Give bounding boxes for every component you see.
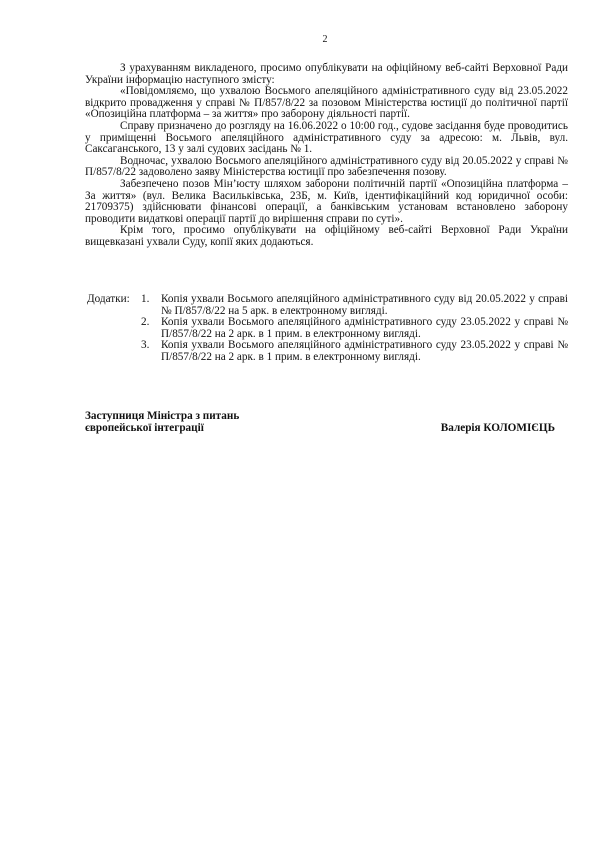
attachment-item: 1. Копія ухвали Восьмого апеляційного ад… (161, 294, 568, 317)
paragraph: «Повідомляємо, що ухвалою Восьмого апеля… (85, 86, 568, 121)
attachment-text: Копія ухвали Восьмого апеляційного адмін… (161, 293, 568, 317)
paragraph: Водночас, ухвалою Восьмого апеляційного … (85, 156, 568, 179)
attachment-number: 2. (141, 317, 149, 329)
paragraph: З урахуванням викладеного, просимо опубл… (85, 63, 568, 86)
attachments-section: Додатки: 1. Копія ухвали Восьмого апеляц… (85, 294, 568, 364)
attachment-number: 1. (141, 294, 149, 306)
paragraph: Крім того, просимо опублікувати на офіці… (85, 225, 568, 248)
attachment-text: Копія ухвали Восьмого апеляційного адмін… (161, 339, 568, 363)
signatory-title-line1: Заступниця Міністра з питань (85, 410, 568, 422)
attachment-item: 3. Копія ухвали Восьмого апеляційного ад… (161, 340, 568, 363)
signature-block: Заступниця Міністра з питань європейсько… (85, 410, 568, 434)
attachment-item: 2. Копія ухвали Восьмого апеляційного ад… (161, 317, 568, 340)
attachment-text: Копія ухвали Восьмого апеляційного адмін… (161, 316, 568, 340)
letter-body: З урахуванням викладеного, просимо опубл… (85, 63, 568, 249)
attachments-label: Додатки: (87, 294, 130, 306)
paragraph: Справу призначено до розгляду на 16.06.2… (85, 121, 568, 156)
paragraph: Забезпечено позов Мін’юсту шляхом заборо… (85, 179, 568, 225)
page-number: 2 (0, 34, 595, 45)
attachment-number: 3. (141, 340, 149, 352)
signatory-name: Валерія КОЛОМІЄЦЬ (441, 422, 555, 434)
